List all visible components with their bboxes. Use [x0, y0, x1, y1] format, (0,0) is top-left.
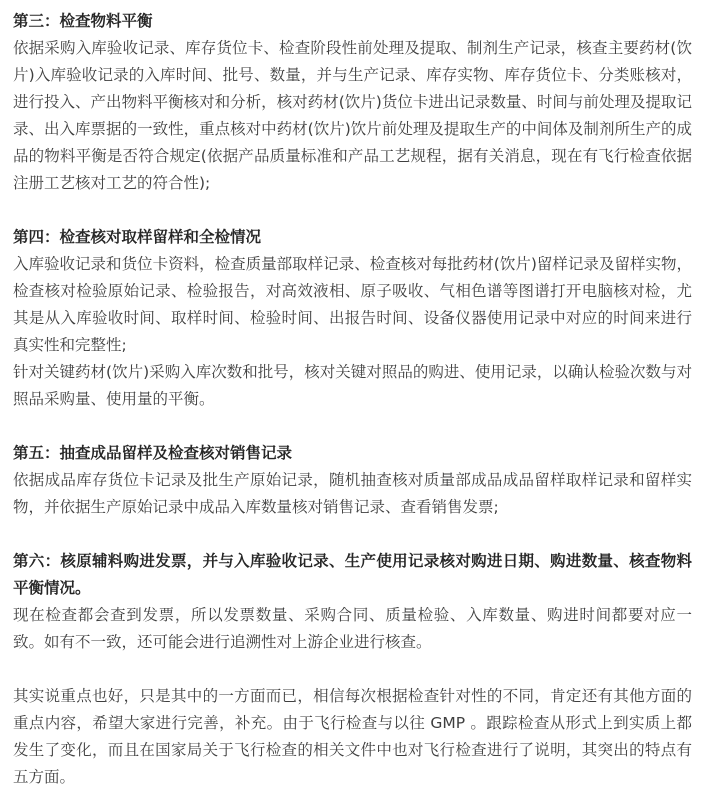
article-page: 第三：检查物料平衡 依据采购入库验收记录、库存货位卡、检查阶段性前处理及提取、制…: [0, 0, 704, 791]
section-heading: 第六：核原辅料购进发票，并与入库验收记录、生产使用记录核对购进日期、购进数量、核…: [13, 548, 692, 602]
section-material-balance: 第三：检查物料平衡 依据采购入库验收记录、库存货位卡、检查阶段性前处理及提取、制…: [13, 8, 692, 197]
paragraph: 依据采购入库验收记录、库存货位卡、检查阶段性前处理及提取、制剂生产记录，核查主要…: [13, 35, 692, 197]
section-heading: 第五：抽查成品留样及检查核对销售记录: [13, 440, 692, 467]
section-heading: 第四：检查核对取样留样和全检情况: [13, 224, 692, 251]
section-heading: 第三：检查物料平衡: [13, 8, 692, 35]
paragraph: 其实说重点也好，只是其中的一方面而已，相信每次根据检查针对性的不同，肯定还有其他…: [13, 683, 692, 791]
section-finished-product-sales: 第五：抽查成品留样及检查核对销售记录 依据成品库存货位卡记录及批生产原始记录，随…: [13, 440, 692, 521]
paragraph: 入库验收记录和货位卡资料，检查质量部取样记录、检查核对每批药材(饮片)留样记录及…: [13, 251, 692, 359]
paragraph: 现在检查都会查到发票，所以发票数量、采购合同、质量检验、入库数量、购进时间都要对…: [13, 602, 692, 656]
section-closing-remarks: 其实说重点也好，只是其中的一方面而已，相信每次根据检查针对性的不同，肯定还有其他…: [13, 683, 692, 791]
paragraph: 针对关键药材(饮片)采购入库次数和批号，核对关键对照品的购进、使用记录，以确认检…: [13, 359, 692, 413]
paragraph: 依据成品库存货位卡记录及批生产原始记录，随机抽查核对质量部成品成品留样取样记录和…: [13, 467, 692, 521]
section-sampling-retention: 第四：检查核对取样留样和全检情况 入库验收记录和货位卡资料，检查质量部取样记录、…: [13, 224, 692, 413]
section-invoice-verification: 第六：核原辅料购进发票，并与入库验收记录、生产使用记录核对购进日期、购进数量、核…: [13, 548, 692, 656]
